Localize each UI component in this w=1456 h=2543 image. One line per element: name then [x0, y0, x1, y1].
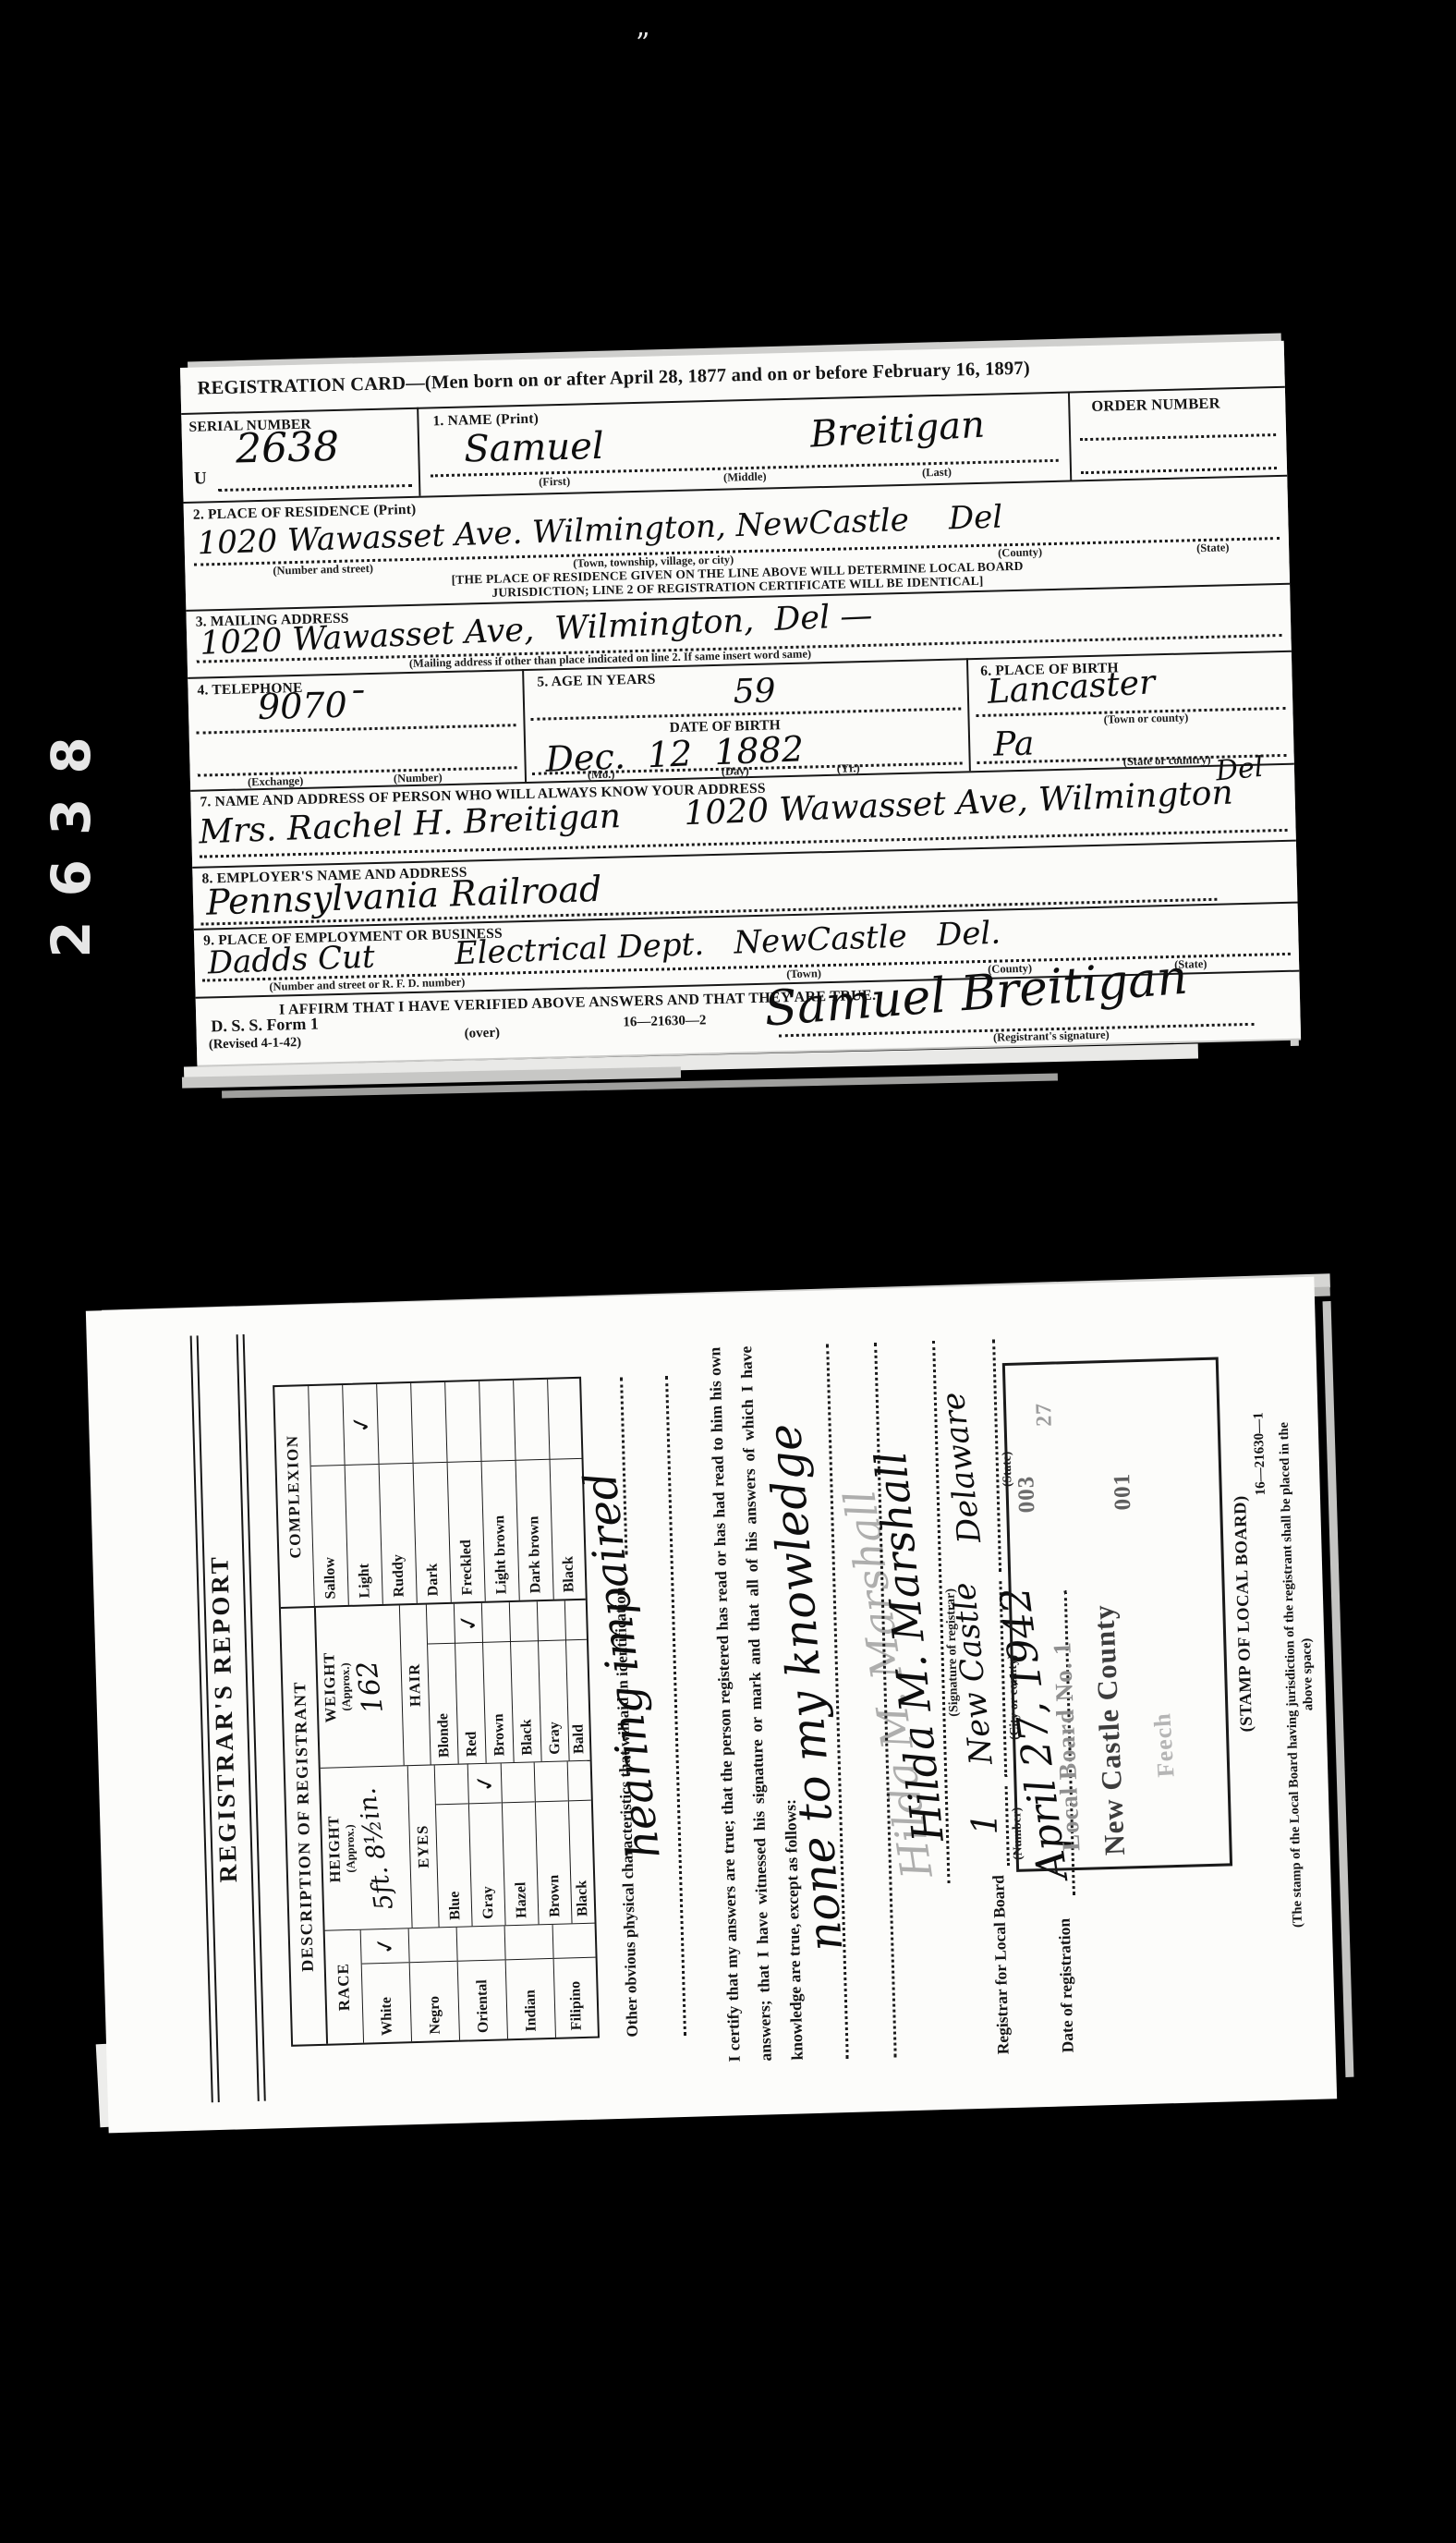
form-id: D. S. S. Form 1 — [211, 1015, 319, 1037]
option-label: Freckled — [456, 1462, 477, 1601]
stamp-box: Local Board No. 1 New Castle County Feec… — [1002, 1357, 1232, 1872]
local-board-number-value: 1 — [966, 1812, 1002, 1835]
name-sub-last: (Last) — [922, 466, 952, 481]
age-value: 59 — [733, 675, 776, 709]
option-label: Blue — [443, 1805, 464, 1927]
check-cell — [505, 1925, 553, 1960]
registration-card-front: REGISTRATION CARD—(Men born on or after … — [180, 341, 1301, 1065]
eyes-option: Blue — [434, 1764, 472, 1927]
check-cell — [510, 1601, 538, 1642]
name-sub-first: (First) — [539, 475, 570, 490]
name-last-value: Breitigan — [809, 406, 986, 453]
check-cell — [409, 1928, 457, 1963]
complexion-column: COMPLEXION Sallow Light ✓ Ruddy Dark — [274, 1379, 586, 1609]
option-label: Sallow — [320, 1466, 340, 1605]
stamp-line3: Feech — [1148, 1711, 1180, 1778]
check-cell: ✓ — [361, 1929, 409, 1964]
stamp-line2: New Castle County — [1087, 1603, 1132, 1856]
check-cell — [548, 1379, 581, 1460]
checkmark: ✓ — [454, 1611, 484, 1636]
form-print-code-back: 16—21630—1 — [1251, 1412, 1269, 1495]
hair-option: Gray — [537, 1600, 569, 1761]
option-label: Filipino — [566, 1958, 585, 2037]
check-cell — [502, 1762, 535, 1803]
age-label: 5. AGE IN YEARS — [537, 672, 656, 691]
dob-sub-year: (Yr.) — [837, 761, 860, 776]
local-board-label: Registrar for Local Board — [989, 1875, 1013, 2055]
option-label: Black — [572, 1801, 592, 1923]
eyes-option: Black — [567, 1761, 595, 1924]
option-label: Blonde — [433, 1644, 454, 1764]
check-cell — [565, 1600, 587, 1641]
option-label: Dark — [422, 1463, 443, 1602]
divider — [417, 408, 420, 496]
stamp-number-top: 27 — [1032, 1402, 1058, 1427]
over-label: (over) — [465, 1026, 501, 1042]
table-left-group: DESCRIPTION OF REGISTRANT RACE White ✓ N… — [281, 1600, 598, 2045]
race-column: RACE White ✓ Negro Oriental — [325, 1924, 598, 2044]
option-label: Black — [516, 1641, 537, 1761]
checkmark: ✓ — [346, 1412, 376, 1437]
telephone-value: 9070¯ — [258, 687, 366, 724]
option-label: Indian — [521, 1959, 540, 2038]
checkmark: ✓ — [370, 1933, 400, 1958]
option-label: Gray — [544, 1641, 564, 1761]
check-cell — [411, 1382, 446, 1464]
dotted-line — [665, 1376, 686, 2036]
option-label: Ruddy — [388, 1464, 408, 1603]
check-cell — [535, 1761, 568, 1802]
check-cell — [482, 1602, 510, 1643]
edge-serial-number: 2638 — [40, 674, 99, 997]
race-option: Negro — [408, 1928, 459, 2041]
card-title: REGISTRATION CARD—(Men born on or after … — [197, 359, 1030, 400]
eyes-option: Hazel — [501, 1762, 539, 1925]
hair-option: Red ✓ — [454, 1603, 486, 1764]
option-label: White — [377, 1964, 395, 2042]
weight-hair-column: WEIGHT (Approx.) 162 HAIR Blonde Red ✓ — [316, 1600, 590, 1769]
hair-option: Brown — [481, 1602, 514, 1763]
option-label: Light brown — [491, 1461, 511, 1600]
telephone-sub-exchange: (Exchange) — [248, 774, 304, 789]
check-cell — [479, 1381, 515, 1462]
check-cell: ✓ — [343, 1384, 378, 1466]
stamp-note: (The stamp of the Local Board having jur… — [1275, 1411, 1323, 1939]
dob-sub-day: (Day) — [722, 764, 749, 779]
telephone-sub-number: (Number) — [394, 771, 443, 785]
check-cell — [457, 1926, 505, 1961]
option-label: Oriental — [473, 1961, 491, 2039]
option-label: Negro — [425, 1962, 443, 2040]
hair-option: Bald — [564, 1600, 590, 1761]
name-sub-middle: (Middle) — [723, 470, 767, 485]
check-cell — [553, 1924, 596, 1959]
check-cell — [538, 1600, 565, 1641]
check-cell — [377, 1383, 412, 1465]
local-board-state-value: Delaware — [938, 1391, 987, 1545]
stamp-number-low: 001 — [1110, 1473, 1136, 1511]
name-first-value: Samuel — [464, 428, 604, 468]
order-number-label: ORDER NUMBER — [1091, 395, 1220, 416]
check-cell — [309, 1385, 344, 1466]
stamp-number-mid: 003 — [1013, 1475, 1040, 1513]
option-label: Brown — [543, 1802, 564, 1924]
eyes-option: Gray ✓ — [467, 1763, 505, 1926]
registrars-report-card-back: REGISTRAR'S REPORT DESCRIPTION OF REGIST… — [86, 1277, 1337, 2134]
divider — [1068, 391, 1072, 480]
option-label: Dark brown — [525, 1460, 545, 1600]
dotted-line — [197, 724, 516, 734]
scan-background: 2638 ” REGISTRATION CARD—(Men born on or… — [0, 0, 1456, 2543]
race-option: Oriental — [456, 1926, 507, 2039]
check-cell — [514, 1380, 549, 1461]
check-cell — [427, 1604, 455, 1645]
check-cell: ✓ — [468, 1763, 502, 1804]
birthplace-town-sub: (Town or county) — [1103, 711, 1188, 726]
option-label: Red — [461, 1643, 481, 1763]
height-eyes-column: HEIGHT (Approx.) 5ft. 8½in. EYES Blue Gr… — [321, 1761, 595, 1931]
dotted-line — [198, 766, 517, 776]
option-label: Hazel — [510, 1803, 530, 1925]
check-cell — [568, 1761, 591, 1802]
option-label: Light — [354, 1465, 374, 1604]
option-label: Gray — [477, 1804, 497, 1926]
weight-header-label: WEIGHT — [320, 1651, 340, 1722]
hair-option: Blonde — [426, 1604, 458, 1765]
scan-noise-mark: ” — [636, 28, 649, 60]
eyes-option: Brown — [534, 1761, 572, 1924]
race-option: Filipino — [552, 1924, 598, 2038]
form-print-code: 16—21630—2 — [623, 1013, 706, 1030]
check-cell: ✓ — [455, 1603, 482, 1644]
registration-date-label: Date of registration — [1055, 1918, 1078, 2053]
form-revision: (Revised 4-1-42) — [209, 1035, 302, 1052]
race-option: Indian — [504, 1925, 555, 2038]
height-header-label: HEIGHT — [324, 1815, 345, 1882]
check-cell — [445, 1381, 480, 1463]
birthplace-state-value: Pa — [993, 728, 1035, 762]
serial-number-value: 2638 — [236, 427, 340, 470]
race-header: RACE — [325, 1930, 363, 2044]
dotted-line — [218, 484, 412, 492]
race-option: White ✓ — [360, 1929, 411, 2042]
dob-sub-month: (Mo.) — [588, 768, 615, 783]
check-cell — [435, 1764, 468, 1805]
serial-prefix: U — [194, 468, 207, 489]
dotted-line — [1080, 433, 1276, 441]
dotted-line — [1081, 467, 1277, 474]
description-table: DESCRIPTION OF REGISTRANT RACE White ✓ N… — [273, 1377, 600, 2047]
birthplace-state-sub: (State or country) — [1123, 753, 1211, 769]
option-label: Bald — [568, 1640, 588, 1760]
option-label: Brown — [489, 1642, 509, 1762]
divider — [966, 658, 971, 771]
divider — [522, 669, 527, 782]
local-board-city-value: New Castle — [949, 1581, 998, 1767]
checkmark: ✓ — [469, 1770, 500, 1795]
hair-option: Black — [509, 1601, 541, 1762]
birthplace-town-value: Lancaster — [987, 666, 1156, 710]
height-header-sub: (Approx.) — [343, 1824, 358, 1873]
registrant-signature-sub: (Registrant's signature) — [993, 1028, 1110, 1045]
stamp-line1: Local Board No. 1 — [1048, 1641, 1086, 1852]
